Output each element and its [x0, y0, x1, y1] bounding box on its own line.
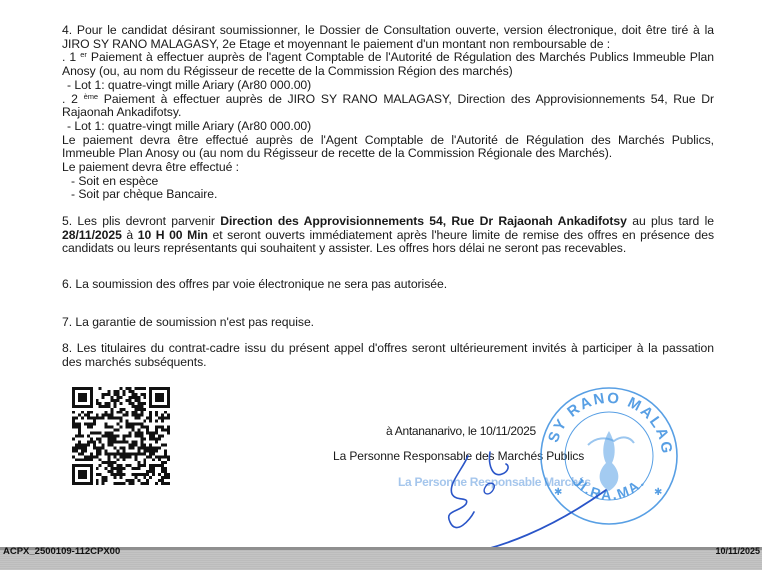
section-6-text: 6. La soumission des offres par voie éle… — [62, 278, 714, 292]
svg-text:✱: ✱ — [654, 487, 662, 498]
section-5-deadline-prefix: au plus tard le — [627, 214, 714, 228]
section-7-text: 7. La garantie de soumission n'est pas r… — [62, 316, 714, 330]
payment-1-ordinal: er — [80, 50, 87, 59]
document-reference: ACPX_2500109-112CPX00 — [3, 546, 120, 557]
payment-1-text: Paiement à effectuer auprès de l'agent C… — [87, 50, 714, 64]
payment-2-lot: - Lot 1: quatre-vingt mille Ariary (Ar80… — [62, 120, 714, 134]
section-7-guarantee: 7. La garantie de soumission n'est pas r… — [62, 316, 714, 330]
section-8-framework: 8. Les titulaires du contrat-cadre issu … — [62, 342, 714, 369]
payment-2-number: . 2 — [62, 92, 78, 106]
section-5-line-2-rest: et seront ouverts immédiatement après l'… — [208, 228, 714, 242]
section-8-line-2: des marchés subséquents. — [62, 356, 714, 370]
section-8-line-1: 8. Les titulaires du contrat-cadre issu … — [62, 342, 714, 356]
submission-time: 10 H 00 Min — [138, 228, 208, 242]
payment-method-cheque: - Soit par chèque Bancaire. — [62, 188, 714, 202]
section-5-line-3: candidats ou leurs représentants qui sou… — [62, 242, 714, 256]
payment-2: . 2 ème Paiement à effectuer auprès de J… — [62, 93, 714, 107]
section-5-submission: 5. Les plis devront parvenir Direction d… — [62, 215, 714, 256]
section-4-payment: 4. Pour le candidat désirant soumissionn… — [62, 24, 714, 202]
submission-date: 28/11/2025 — [62, 228, 122, 242]
document-page: 4. Pour le candidat désirant soumissionn… — [0, 0, 769, 580]
payment-1-line-2: Anosy (ou, au nom du Régisseur de recett… — [62, 65, 714, 79]
section-5-line-1: 5. Les plis devront parvenir Direction d… — [62, 215, 714, 229]
payment-1-number: . 1 — [62, 50, 76, 64]
place-and-date: à Antananarivo, le 10/11/2025 — [386, 424, 536, 438]
payment-1-lot: - Lot 1: quatre-vingt mille Ariary (Ar80… — [62, 79, 714, 93]
payment-1: . 1 er Paiement à effectuer auprès de l'… — [62, 51, 714, 65]
payment-note-line-2: Immeuble Plan Anosy ou (au nom du Régiss… — [62, 147, 714, 161]
payment-2-line-2: Rajaonah Ankadifotsy. — [62, 106, 714, 120]
footer-date: 10/11/2025 — [715, 546, 760, 556]
section-4-line-1: 4. Pour le candidat désirant soumissionn… — [62, 24, 714, 38]
payment-2-ordinal: ème — [84, 92, 98, 101]
payment-note-line-1: Le paiement devra être effectué auprès d… — [62, 134, 714, 148]
section-5-line-2: 28/11/2025 à 10 H 00 Min et seront ouver… — [62, 229, 714, 243]
handwritten-signature-icon — [430, 450, 650, 560]
payment-method-cash: - Soit en espèce — [62, 175, 714, 189]
submission-address: Direction des Approvisionnements 54, Rue… — [220, 214, 627, 228]
section-4-line-2: JIRO SY RANO MALAGASY, 2e Etage et moyen… — [62, 38, 714, 52]
section-6-electronic: 6. La soumission des offres par voie éle… — [62, 278, 714, 292]
qr-code-icon — [72, 387, 170, 485]
payment-2-text: Paiement à effectuer auprès de JIRO SY R… — [98, 92, 714, 106]
section-5-at: à — [122, 228, 138, 242]
payment-methods-label: Le paiement devra être effectué : — [62, 161, 714, 175]
section-5-intro: 5. Les plis devront parvenir — [62, 214, 220, 228]
